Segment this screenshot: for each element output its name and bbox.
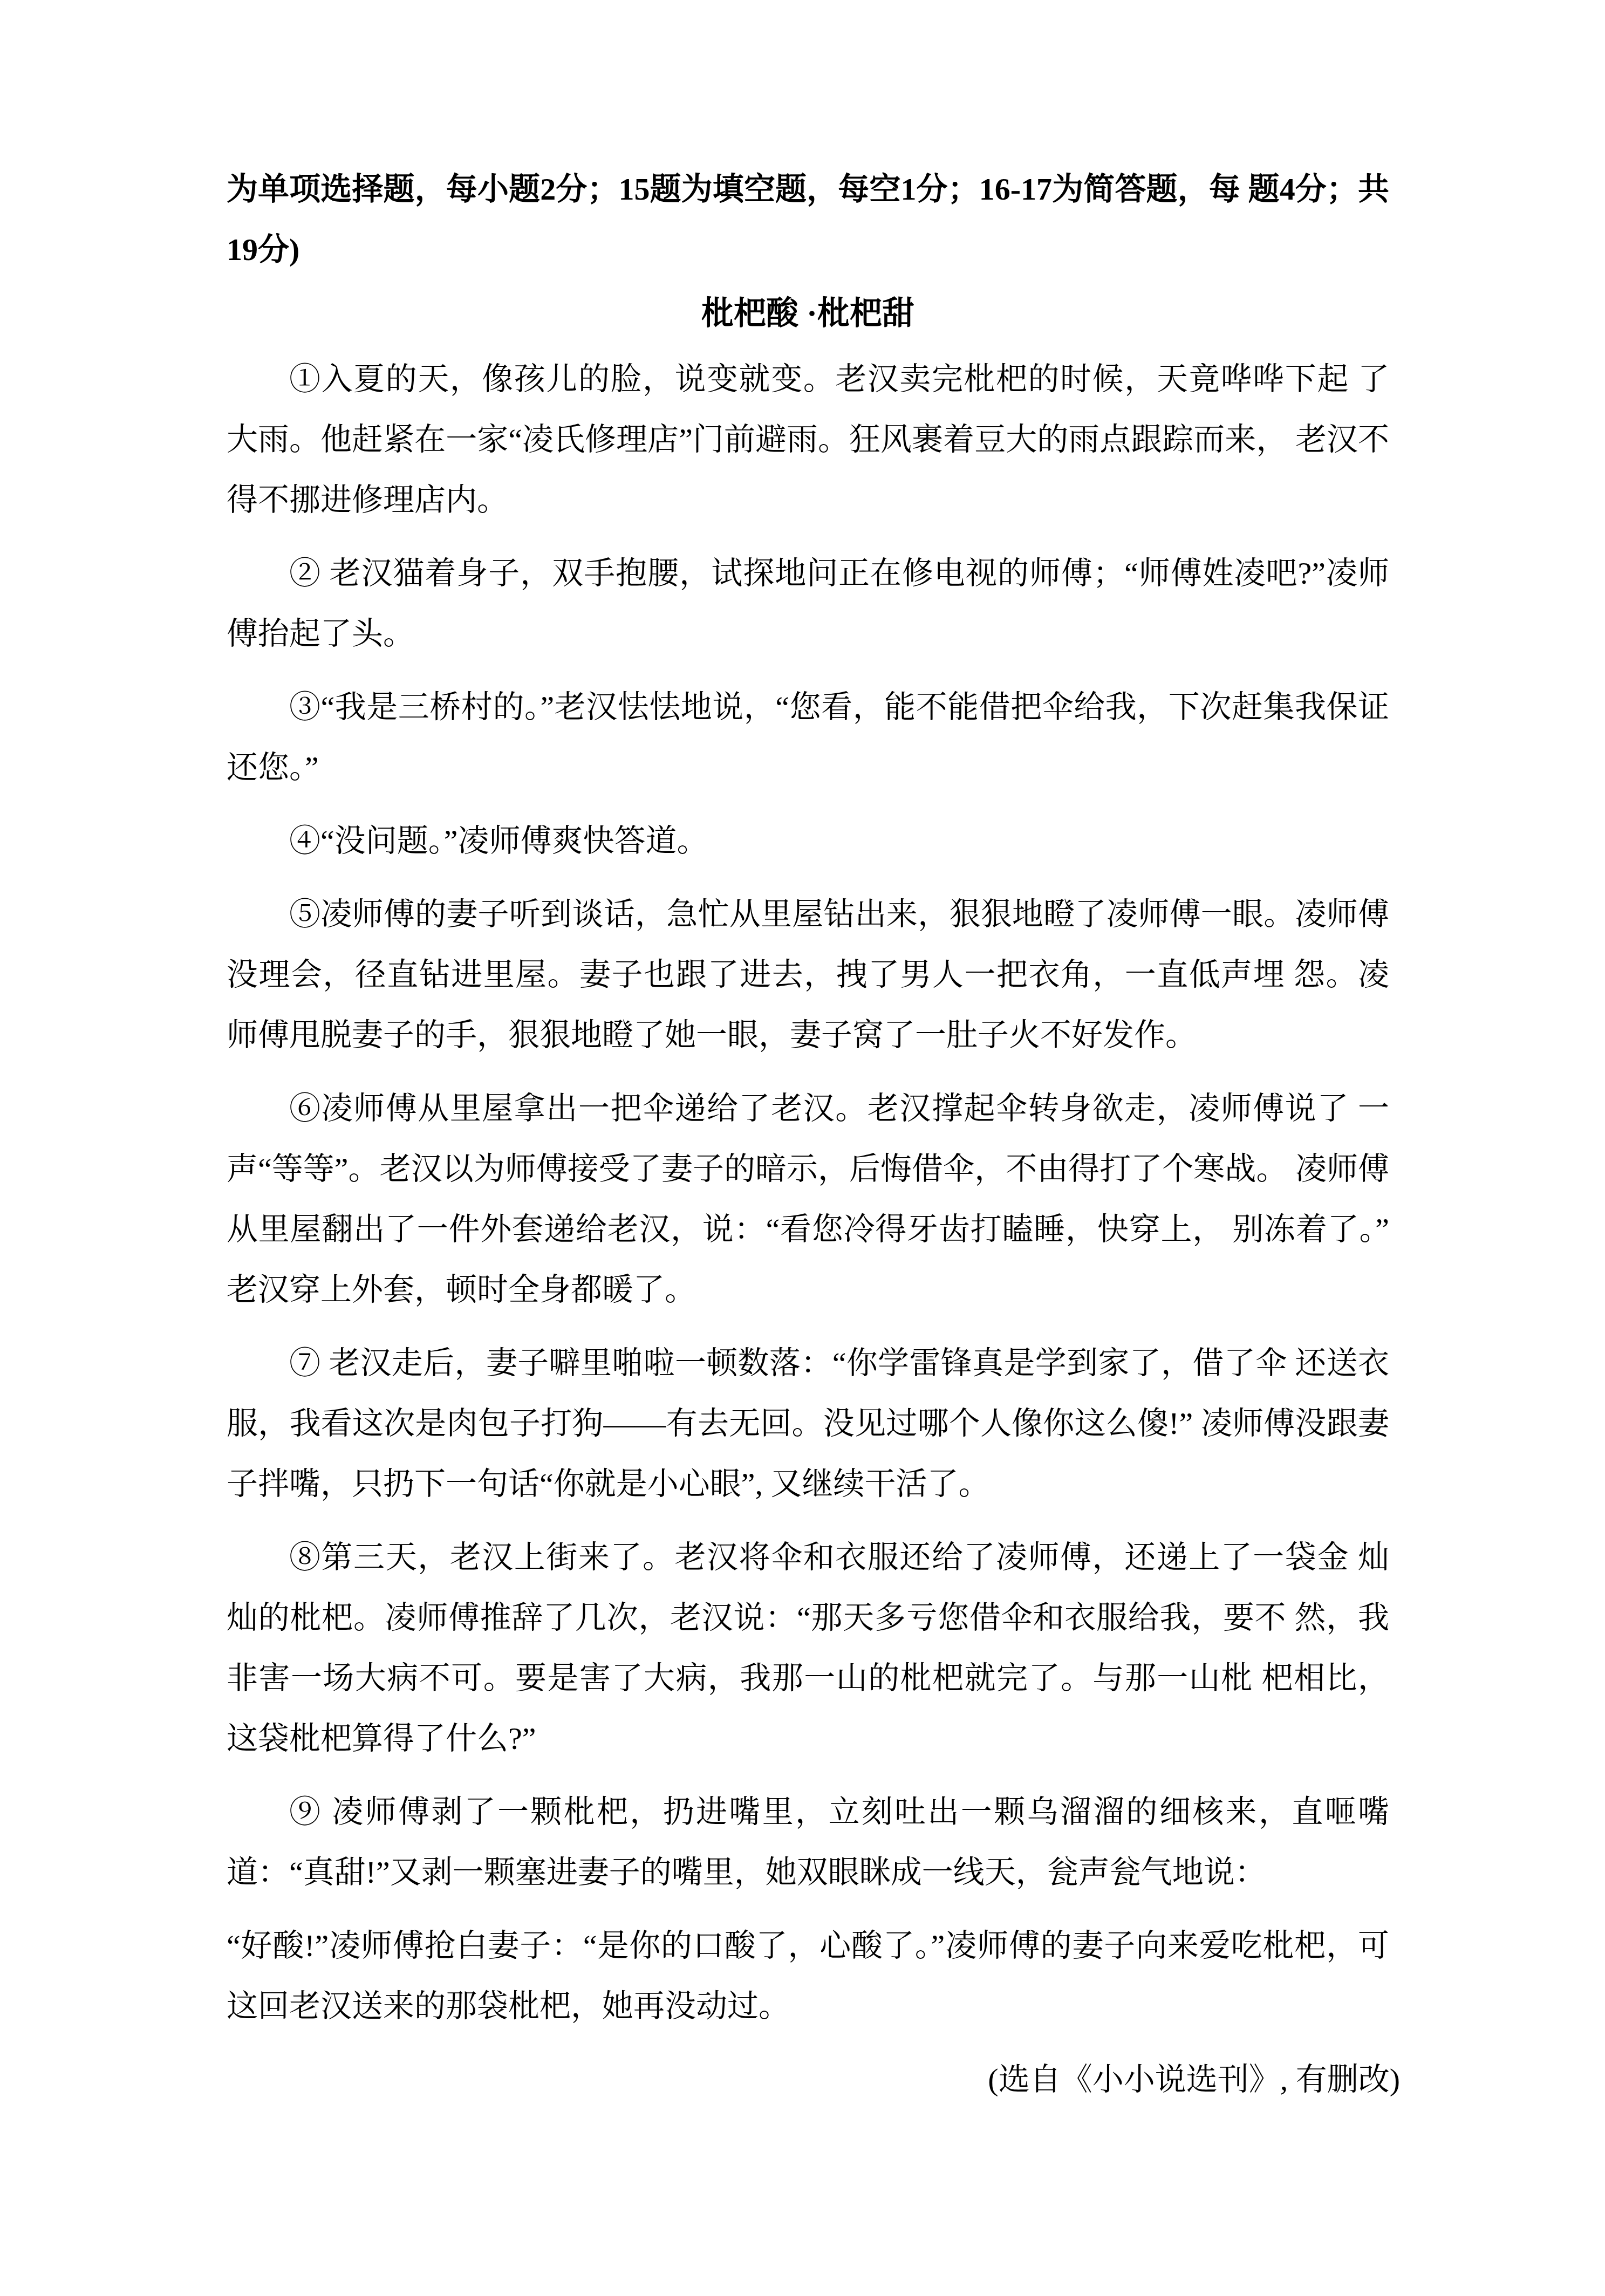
paragraph-2: ② 老汉猫着身子，双手抱腰，试探地问正在修电视的师傅；“师傅姓凌吧?”凌师傅抬起…	[227, 543, 1389, 664]
paragraph-5: ⑤凌师傅的妻子听到谈话，急忙从里屋钻出来，狠狠地瞪了凌师傅一眼。凌师傅没理会，径…	[227, 884, 1389, 1065]
scoring-note: 为单项选择题，每小题2分；15题为填空题，每空1分；16-17为简答题，每 题4…	[227, 159, 1389, 280]
article-body: ①入夏的天，像孩儿的脸，说变就变。老汉卖完枇杷的时候，天竟哗哗下起 了大雨。他赶…	[227, 349, 1389, 2037]
paragraph-10: “好酸!”凌师傅抢白妻子：“是你的口酸了，心酸了。”凌师傅的妻子向来爱吃枇杷，可…	[227, 1916, 1389, 2037]
paragraph-7: ⑦ 老汉走后，妻子噼里啪啦一顿数落：“你学雷锋真是学到家了，借了伞 还送衣服，我…	[227, 1333, 1389, 1514]
paragraph-6: ⑥凌师傅从里屋拿出一把伞递给了老汉。老汉撑起伞转身欲走，凌师傅说了 一声“等等”…	[227, 1078, 1389, 1320]
paragraph-1: ①入夏的天，像孩儿的脸，说变就变。老汉卖完枇杷的时候，天竟哗哗下起 了大雨。他赶…	[227, 349, 1389, 530]
article-title: 枇杷酸 ·枇杷甜	[227, 283, 1389, 344]
paragraph-4: ④“没问题。”凌师傅爽快答道。	[227, 811, 1389, 871]
paragraph-8: ⑧第三天，老汉上街来了。老汉将伞和衣服还给了凌师傅，还递上了一袋金 灿灿的枇杷。…	[227, 1527, 1389, 1769]
paragraph-9: ⑨ 凌师傅剥了一颗枇杷，扔进嘴里，立刻吐出一颗乌溜溜的细核来，直咂嘴道：“真甜!…	[227, 1782, 1389, 1903]
document-page: 为单项选择题，每小题2分；15题为填空题，每空1分；16-17为简答题，每 题4…	[0, 0, 1605, 2296]
source-attribution: (选自《小小说选刊》, 有删改)	[227, 2049, 1400, 2110]
paragraph-3: ③“我是三桥村的。”老汉怯怯地说，“您看，能不能借把伞给我，下次赶集我保证还您。…	[227, 677, 1389, 798]
